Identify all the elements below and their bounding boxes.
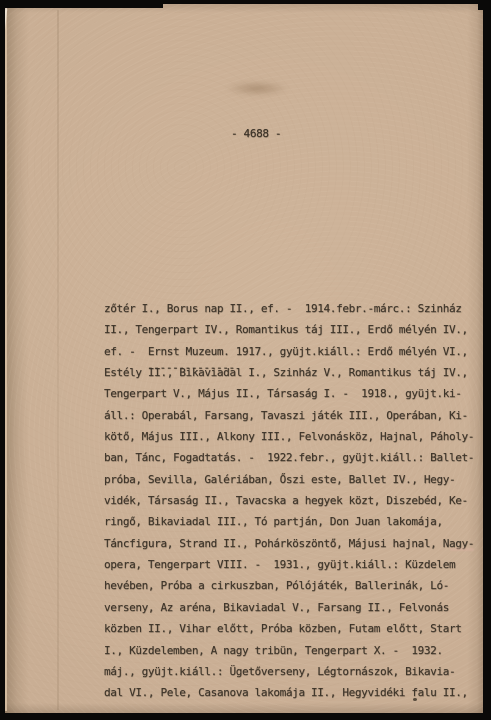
paper-speck (413, 698, 417, 701)
text-line: I., Küzdelemben, A nagy tribün, Tengerpa… (104, 640, 480, 661)
text-line: zőtér I., Borus nap II., ef. - 1914.febr… (104, 298, 480, 319)
text-line: áll.: Operabál, Farsang, Tavaszi játék I… (104, 405, 480, 426)
scan-border-bottom (0, 713, 491, 720)
scan-border-right (483, 0, 491, 720)
text-line: Táncfigura, Strand II., Pohárköszöntő, M… (104, 533, 480, 554)
text-line: verseny, Az aréna, Bikaviadal V., Farsan… (104, 597, 480, 618)
text-line: opera, Tengerpart VIII. - 1931., gyüjt.k… (104, 554, 480, 575)
text-line: ringő, Bikaviadal III., Tó partján, Don … (104, 511, 480, 532)
scan-border-top-left (0, 0, 163, 8)
text-line: próba, Sevilla, Galériában, Őszi este, B… (104, 469, 480, 490)
paper-scratch-mark (450, 548, 474, 551)
paper-crease (57, 10, 59, 710)
scan-border-left (0, 0, 5, 720)
text-line: Tengerpart V., Május II., Társaság I. - … (104, 383, 480, 404)
typewritten-text-block: zőtér I., Borus nap II., ef. - 1914.febr… (104, 298, 480, 704)
text-line: máj., gyüjt.kiáll.: Ügetőverseny, Légtor… (104, 661, 480, 682)
text-line: közben II., Vihar előtt, Próba közben, F… (104, 618, 480, 639)
text-line: hevében, Próba a cirkuszban, Pólójáték, … (104, 575, 480, 596)
page-number: - 4688 - (231, 127, 281, 140)
text-line: ef. - Ernst Muzeum. 1917., gyüjt.kiáll.:… (104, 341, 480, 362)
scanned-document-page: - 4688 - zőtér I., Borus nap II., ef. - … (0, 0, 491, 720)
ink-bleed-smudge (226, 81, 288, 96)
underline-dashes: -------------- (147, 361, 235, 374)
text-line: dal VI., Pele, Casanova lakomája II., He… (104, 682, 480, 703)
text-line: kötő, Május III., Alkony III., Felvonásk… (104, 426, 480, 447)
text-line: II., Tengerpart IV., Romantikus táj III.… (104, 319, 480, 340)
paper-edge-highlight (5, 6, 7, 711)
text-line: ban, Tánc, Fogadtatás. - 1922.febr., gyü… (104, 447, 480, 468)
text-line: vidék, Társaság II., Tavacska a hegyek k… (104, 490, 480, 511)
